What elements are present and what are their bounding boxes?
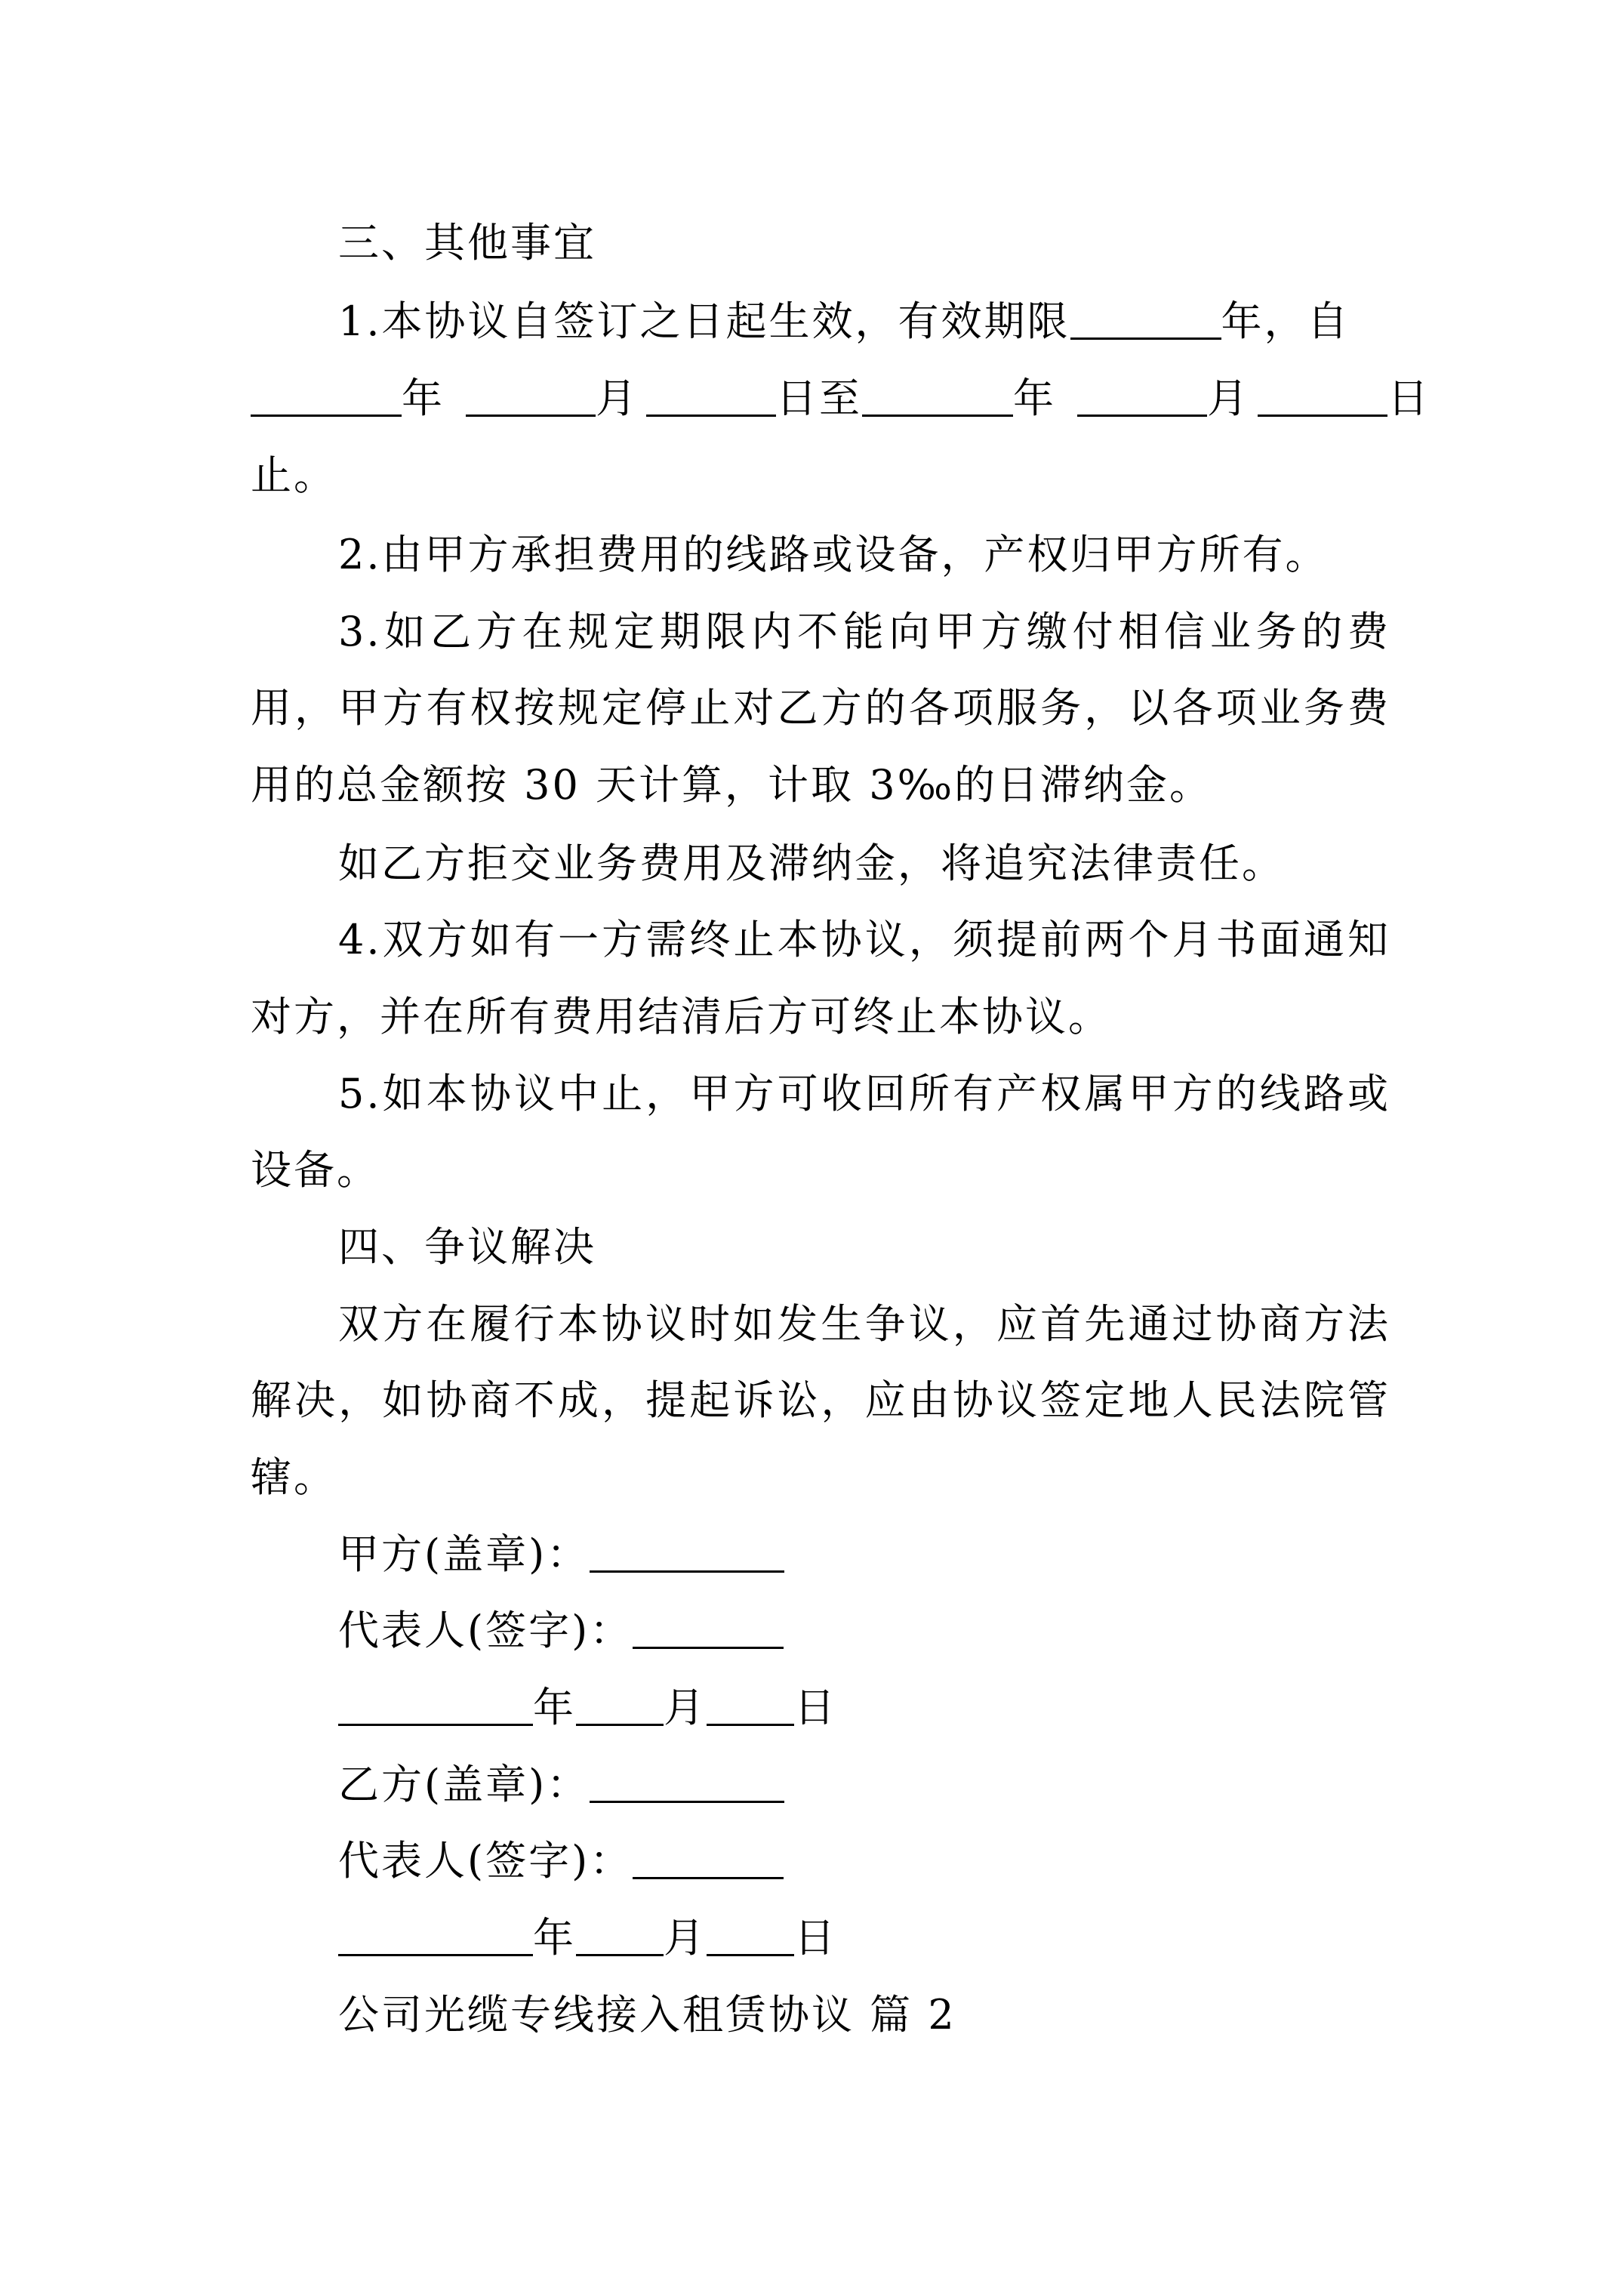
start-year-blank[interactable] [251, 369, 402, 417]
party-a-rep-row: 代表人(签字)： [338, 1601, 1390, 1661]
next-agreement-title: 公司光缆专线接入租赁协议 篇 2 [338, 1985, 1390, 2045]
day-label-2: 日 [1387, 374, 1431, 422]
clause-3-note: 如乙方拒交业务费用及滞纳金，将追究法律责任。 [338, 834, 1390, 894]
party-a-seal-blank[interactable] [590, 1525, 784, 1573]
party-a-rep-blank[interactable] [633, 1601, 784, 1649]
party-a-seal-row: 甲方(盖章)： [338, 1524, 1390, 1585]
clause-2: 2.由甲方承担费用的线路或设备，产权归甲方所有。 [338, 525, 1390, 585]
day-to-label: 日至 [776, 374, 862, 422]
document-page: 三、其他事宜 1.本协议自签订之日起生效，有效期限年，自 年月日至年月日 止。 … [0, 0, 1623, 2296]
end-day-blank[interactable] [1258, 369, 1387, 417]
start-month-blank[interactable] [466, 369, 596, 417]
from-text: ，自 [1264, 297, 1350, 345]
clause-5-line-2: 设备。 [251, 1140, 1390, 1200]
clause-5-line-1: 5.如本协议中止，甲方可收回所有产权属甲方的线路或 [338, 1064, 1390, 1124]
party-b-seal-blank[interactable] [590, 1755, 784, 1803]
year-label-2: 年 [1013, 374, 1056, 422]
end-year-blank[interactable] [862, 369, 1013, 417]
clause-4-line-1: 4.双方如有一方需终止本协议，须提前两个月书面通知 [338, 910, 1390, 970]
clause-3-line-1: 3.如乙方在规定期限内不能向甲方缴付相信业务的费 [338, 602, 1390, 662]
year-label: 年 [402, 374, 445, 422]
party-a-month-label: 月 [664, 1684, 707, 1731]
section-4-line-2: 解决，如协商不成，提起诉讼，应由协议签定地人民法院管 [251, 1370, 1390, 1431]
party-b-date-row: 年月日 [338, 1908, 1390, 1968]
party-b-rep-row: 代表人(签字)： [338, 1831, 1390, 1891]
party-b-day-label: 日 [794, 1914, 837, 1962]
month-label: 月 [596, 374, 639, 422]
validity-years-blank[interactable] [1070, 292, 1221, 340]
party-b-seal-label: 乙方(盖章)： [338, 1761, 590, 1808]
section-4-heading: 四、争议解决 [338, 1217, 1390, 1277]
party-b-rep-blank[interactable] [633, 1832, 784, 1879]
clause-3-line-3: 用的总金额按 30 天计算，计取 3‰的日滞纳金。 [251, 755, 1390, 815]
section-4-line-1: 双方在履行本协议时如发生争议，应首先通过协商方法 [338, 1294, 1390, 1354]
clause-3-line-2: 用，甲方有权按规定停止对乙方的各项服务，以各项业务费 [251, 678, 1390, 738]
party-b-month-blank[interactable] [576, 1909, 664, 1956]
section-3-heading: 三、其他事宜 [338, 213, 1390, 273]
party-a-rep-label: 代表人(签字)： [338, 1607, 633, 1654]
party-b-seal-row: 乙方(盖章)： [338, 1755, 1390, 1815]
year-unit: 年 [1221, 297, 1264, 345]
section-4-line-3: 辖。 [251, 1447, 1390, 1508]
party-b-month-label: 月 [664, 1914, 707, 1962]
party-a-day-blank[interactable] [707, 1678, 794, 1726]
party-a-year-label: 年 [533, 1684, 576, 1731]
party-b-day-blank[interactable] [707, 1909, 794, 1956]
party-a-seal-label: 甲方(盖章)： [338, 1530, 590, 1578]
clause-1-text: 1.本协议自签订之日起生效，有效期限 [338, 297, 1070, 345]
party-a-day-label: 日 [794, 1684, 837, 1731]
party-b-rep-label: 代表人(签字)： [338, 1837, 633, 1885]
party-b-year-blank[interactable] [338, 1909, 533, 1956]
month-label-2: 月 [1207, 374, 1250, 422]
party-a-date-row: 年月日 [338, 1678, 1390, 1738]
clause-1-line-2: 年月日至年月日 [251, 368, 1390, 429]
clause-1-line-1: 1.本协议自签订之日起生效，有效期限年，自 [338, 291, 1390, 352]
start-day-blank[interactable] [646, 369, 776, 417]
party-b-year-label: 年 [533, 1914, 576, 1962]
party-a-month-blank[interactable] [576, 1678, 664, 1726]
party-a-year-blank[interactable] [338, 1678, 533, 1726]
clause-4-line-2: 对方，并在所有费用结清后方可终止本协议。 [251, 987, 1390, 1047]
clause-1-line-3: 止。 [251, 445, 1390, 506]
end-month-blank[interactable] [1077, 369, 1207, 417]
